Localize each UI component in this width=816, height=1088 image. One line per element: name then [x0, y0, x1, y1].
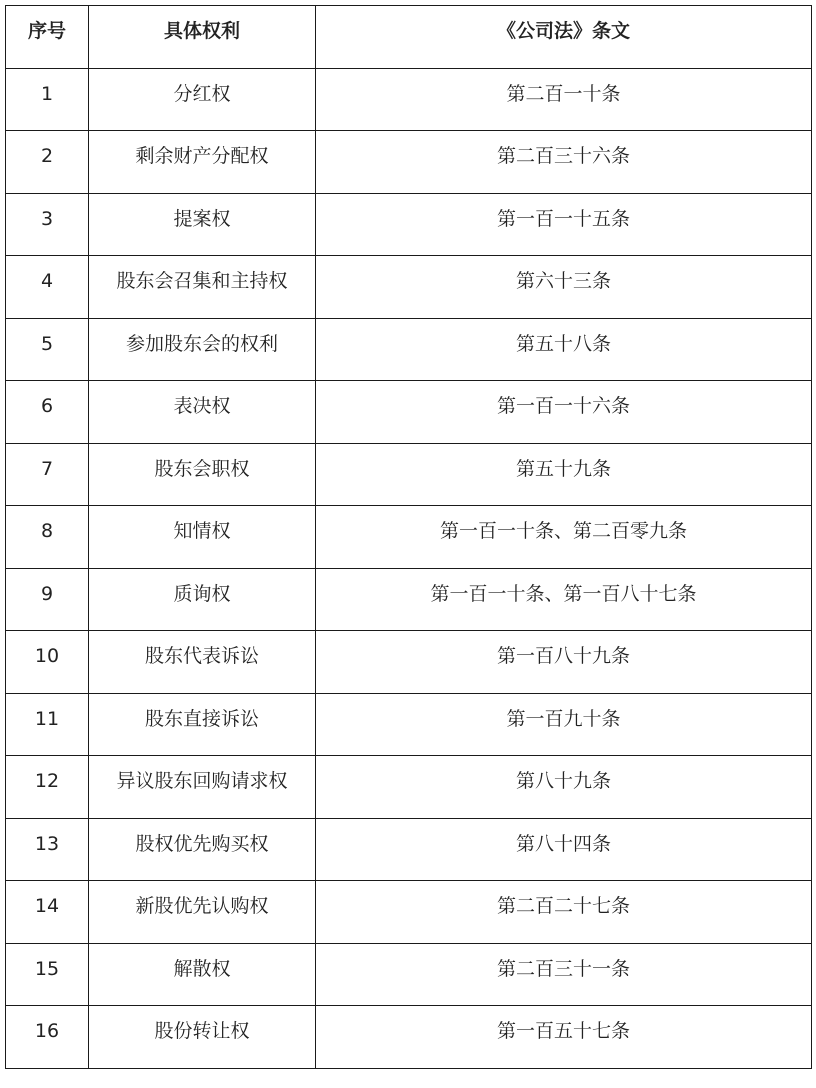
cell-article: 第二百二十七条 — [316, 881, 812, 944]
header-right: 具体权利 — [89, 6, 316, 69]
cell-right: 异议股东回购请求权 — [89, 756, 316, 819]
cell-right: 新股优先认购权 — [89, 881, 316, 944]
cell-article: 第六十三条 — [316, 256, 812, 319]
table-row: 1分红权第二百一十条 — [6, 68, 812, 131]
cell-no: 8 — [6, 506, 89, 569]
cell-article: 第二百三十六条 — [316, 131, 812, 194]
cell-right: 股东会职权 — [89, 443, 316, 506]
cell-no: 7 — [6, 443, 89, 506]
table-row: 2剩余财产分配权第二百三十六条 — [6, 131, 812, 194]
table-row: 15解散权第二百三十一条 — [6, 943, 812, 1006]
cell-right: 知情权 — [89, 506, 316, 569]
table-row: 14新股优先认购权第二百二十七条 — [6, 881, 812, 944]
table-row: 3提案权第一百一十五条 — [6, 193, 812, 256]
cell-right: 股东直接诉讼 — [89, 693, 316, 756]
table-row: 10股东代表诉讼第一百八十九条 — [6, 631, 812, 694]
shareholder-rights-table: 序号 具体权利 《公司法》条文 1分红权第二百一十条2剩余财产分配权第二百三十六… — [5, 5, 812, 1069]
cell-no: 5 — [6, 318, 89, 381]
cell-right: 股份转让权 — [89, 1006, 316, 1069]
cell-right: 质询权 — [89, 568, 316, 631]
table-row: 12异议股东回购请求权第八十九条 — [6, 756, 812, 819]
cell-no: 12 — [6, 756, 89, 819]
cell-no: 15 — [6, 943, 89, 1006]
cell-article: 第一百一十六条 — [316, 381, 812, 444]
cell-no: 10 — [6, 631, 89, 694]
header-no: 序号 — [6, 6, 89, 69]
cell-no: 9 — [6, 568, 89, 631]
cell-right: 参加股东会的权利 — [89, 318, 316, 381]
cell-right: 分红权 — [89, 68, 316, 131]
cell-no: 2 — [6, 131, 89, 194]
table-row: 7股东会职权第五十九条 — [6, 443, 812, 506]
table-row: 9质询权第一百一十条、第一百八十七条 — [6, 568, 812, 631]
cell-no: 11 — [6, 693, 89, 756]
cell-article: 第一百一十条、第一百八十七条 — [316, 568, 812, 631]
cell-no: 4 — [6, 256, 89, 319]
table-row: 4股东会召集和主持权第六十三条 — [6, 256, 812, 319]
cell-right: 解散权 — [89, 943, 316, 1006]
cell-article: 第一百五十七条 — [316, 1006, 812, 1069]
cell-no: 6 — [6, 381, 89, 444]
cell-no: 16 — [6, 1006, 89, 1069]
cell-article: 第八十四条 — [316, 818, 812, 881]
table-row: 5参加股东会的权利第五十八条 — [6, 318, 812, 381]
cell-article: 第一百一十条、第二百零九条 — [316, 506, 812, 569]
cell-no: 3 — [6, 193, 89, 256]
table-row: 13股权优先购买权第八十四条 — [6, 818, 812, 881]
cell-article: 第二百三十一条 — [316, 943, 812, 1006]
cell-right: 表决权 — [89, 381, 316, 444]
cell-right: 股东代表诉讼 — [89, 631, 316, 694]
cell-right: 股权优先购买权 — [89, 818, 316, 881]
cell-right: 股东会召集和主持权 — [89, 256, 316, 319]
header-row: 序号 具体权利 《公司法》条文 — [6, 6, 812, 69]
cell-article: 第五十九条 — [316, 443, 812, 506]
cell-no: 14 — [6, 881, 89, 944]
cell-article: 第一百八十九条 — [316, 631, 812, 694]
cell-article: 第八十九条 — [316, 756, 812, 819]
cell-article: 第二百一十条 — [316, 68, 812, 131]
table-row: 6表决权第一百一十六条 — [6, 381, 812, 444]
table-row: 11股东直接诉讼第一百九十条 — [6, 693, 812, 756]
table-row: 8知情权第一百一十条、第二百零九条 — [6, 506, 812, 569]
cell-right: 提案权 — [89, 193, 316, 256]
header-article: 《公司法》条文 — [316, 6, 812, 69]
cell-no: 13 — [6, 818, 89, 881]
cell-no: 1 — [6, 68, 89, 131]
cell-right: 剩余财产分配权 — [89, 131, 316, 194]
cell-article: 第一百九十条 — [316, 693, 812, 756]
cell-article: 第一百一十五条 — [316, 193, 812, 256]
table-row: 16股份转让权第一百五十七条 — [6, 1006, 812, 1069]
cell-article: 第五十八条 — [316, 318, 812, 381]
